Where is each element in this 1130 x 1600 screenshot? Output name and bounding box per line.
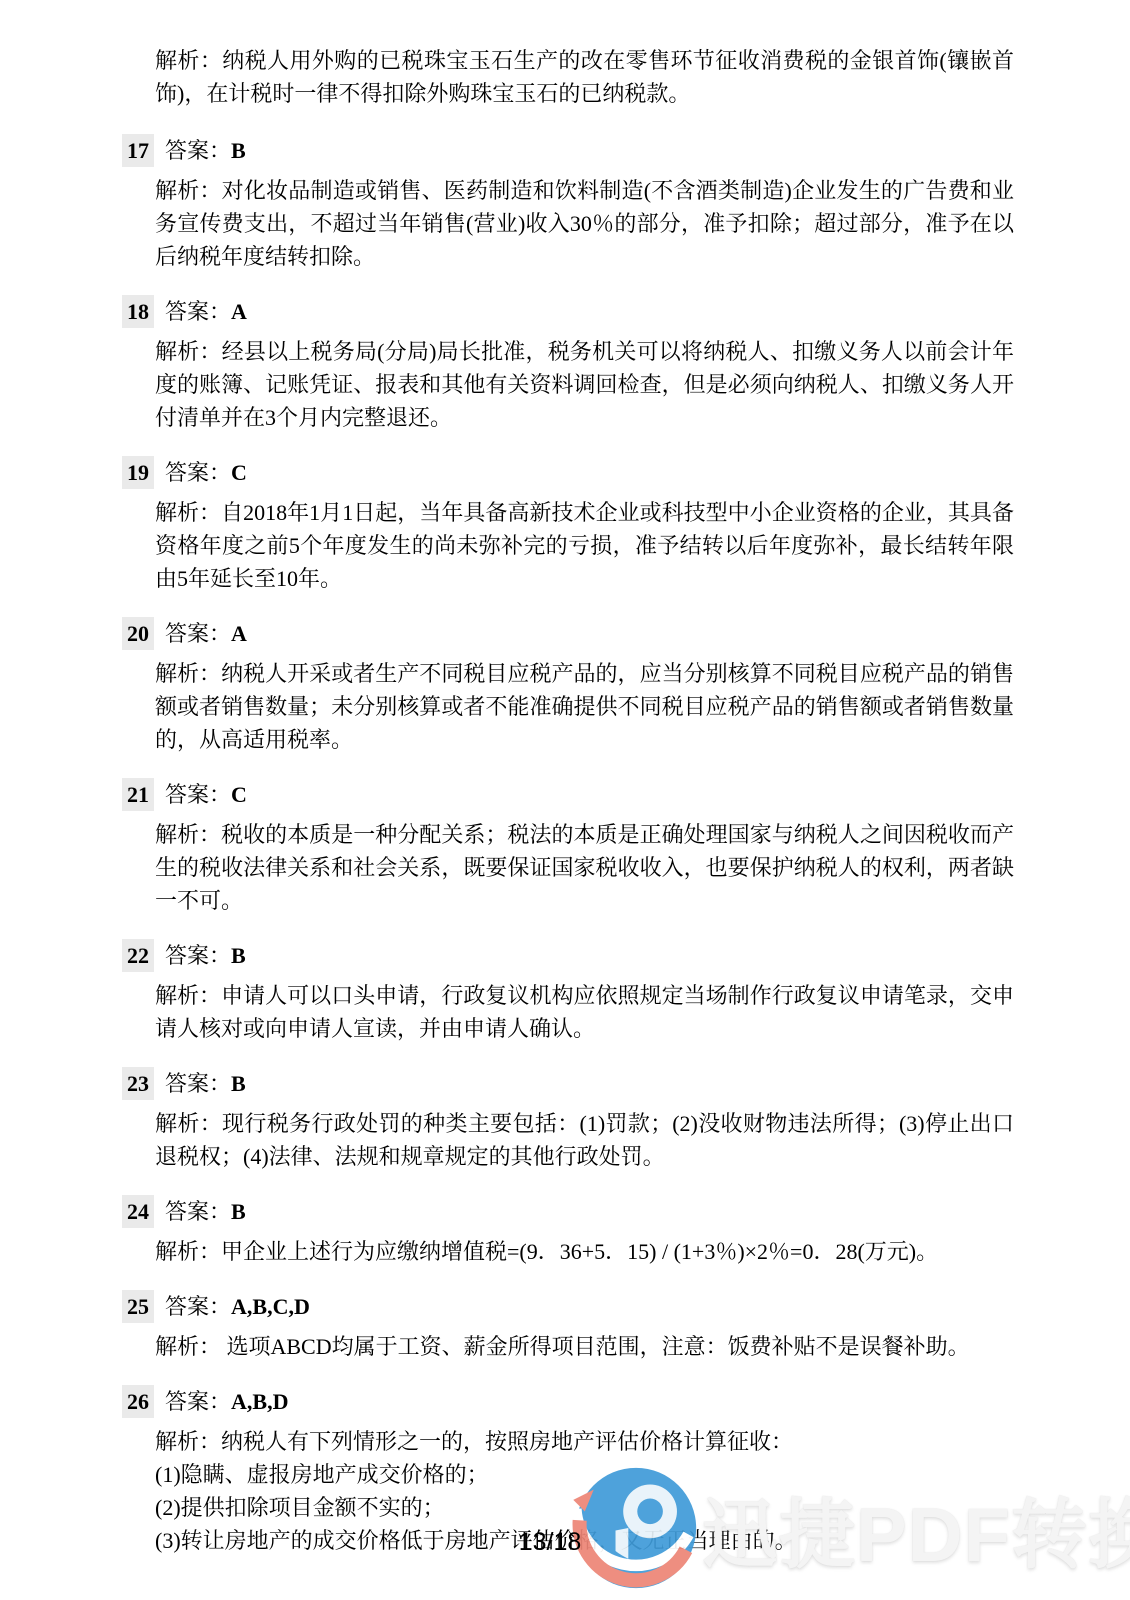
answer-value: A [231,299,247,324]
answer-value: B [231,1199,246,1224]
answer-row: 20答案：A [122,617,1014,650]
answer-row: 23答案：B [122,1067,1014,1100]
answer-row: 18答案：A [122,295,1014,328]
answer-item-25: 25答案：A,B,C,D 解析： 选项ABCD均属于工资、薪金所得项目范围，注意… [122,1290,1014,1363]
answer-row: 21答案：C [122,778,1014,811]
analysis-line: 解析：纳税人有下列情形之一的，按照房地产评估价格计算征收： [155,1425,1014,1458]
answer-value: C [231,782,247,807]
answer-item-18: 18答案：A 解析：经县以上税务局(分局)局长批准，税务机关可以将纳税人、扣缴义… [122,295,1014,434]
answer-value: A [231,621,247,646]
answer-value: A,B,D [231,1389,288,1414]
analysis-text: 解析：经县以上税务局(分局)局长批准，税务机关可以将纳税人、扣缴义务人以前会计年… [155,335,1014,434]
analysis-text: 解析：纳税人开采或者生产不同税目应税产品的，应当分别核算不同税目应税产品的销售额… [155,657,1014,756]
analysis-line: (2)提供扣除项目金额不实的； [155,1491,1014,1524]
answer-item-17: 17答案：B 解析：对化妆品制造或销售、医药制造和饮料制造(不含酒类制造)企业发… [122,134,1014,273]
analysis-text: 解析：申请人可以口头申请，行政复议机构应依照规定当场制作行政复议申请笔录，交申请… [155,979,1014,1045]
answer-item-19: 19答案：C 解析：自2018年1月1日起，当年具备高新技术企业或科技型中小企业… [122,456,1014,595]
answer-item-20: 20答案：A 解析：纳税人开采或者生产不同税目应税产品的，应当分别核算不同税目应… [122,617,1014,756]
answer-item-22: 22答案：B 解析：申请人可以口头申请，行政复议机构应依照规定当场制作行政复议申… [122,939,1014,1045]
answer-label: 答案： [165,138,231,163]
answer-item-23: 23答案：B 解析：现行税务行政处罚的种类主要包括：(1)罚款；(2)没收财物违… [122,1067,1014,1173]
answer-label: 答案： [165,782,231,807]
question-number: 25 [122,1290,154,1323]
answer-label: 答案： [165,1071,231,1096]
question-number: 26 [122,1385,154,1418]
answer-value: B [231,943,246,968]
analysis-text: 解析：对化妆品制造或销售、医药制造和饮料制造(不含酒类制造)企业发生的广告费和业… [155,174,1014,273]
answer-row: 17答案：B [122,134,1014,167]
answer-label: 答案： [165,460,231,485]
question-number: 19 [122,456,154,489]
question-number: 23 [122,1067,154,1100]
question-number: 21 [122,778,154,811]
answer-label: 答案： [165,1199,231,1224]
analysis-line: (1)隐瞒、虚报房地产成交价格的； [155,1458,1014,1491]
question-number: 20 [122,617,154,650]
document-page: 解析：纳税人用外购的已税珠宝玉石生产的改在零售环节征收消费税的金银首饰(镶嵌首饰… [0,0,1130,1600]
answer-label: 答案： [165,621,231,646]
analysis-text: 解析： 选项ABCD均属于工资、薪金所得项目范围，注意：饭费补贴不是误餐补助。 [155,1330,1014,1363]
answer-row: 25答案：A,B,C,D [122,1290,1014,1323]
page-number: 13/18 [0,1528,1100,1557]
question-number: 24 [122,1195,154,1228]
analysis-text: 解析：现行税务行政处罚的种类主要包括：(1)罚款；(2)没收财物违法所得；(3)… [155,1107,1014,1173]
intro-analysis-text: 解析：纳税人用外购的已税珠宝玉石生产的改在零售环节征收消费税的金银首饰(镶嵌首饰… [155,44,1014,110]
answer-value: C [231,460,247,485]
answer-label: 答案： [165,299,231,324]
analysis-text: 解析：甲企业上述行为应缴纳增值税=(9．36+5．15) / (1+3％)×2％… [155,1235,1014,1268]
answer-item-21: 21答案：C 解析：税收的本质是一种分配关系；税法的本质是正确处理国家与纳税人之… [122,778,1014,917]
answer-value: A,B,C,D [231,1294,310,1319]
question-number: 17 [122,134,154,167]
answer-value: B [231,1071,246,1096]
answer-value: B [231,138,246,163]
answer-label: 答案： [165,1389,231,1414]
analysis-text: 解析：税收的本质是一种分配关系；税法的本质是正确处理国家与纳税人之间因税收而产生… [155,818,1014,917]
answer-row: 24答案：B [122,1195,1014,1228]
answer-row: 26答案：A,B,D [122,1385,1014,1418]
answer-label: 答案： [165,1294,231,1319]
answer-item-24: 24答案：B 解析：甲企业上述行为应缴纳增值税=(9．36+5．15) / (1… [122,1195,1014,1268]
analysis-text: 解析：自2018年1月1日起，当年具备高新技术企业或科技型中小企业资格的企业，其… [155,496,1014,595]
page-content: 解析：纳税人用外购的已税珠宝玉石生产的改在零售环节征收消费税的金银首饰(镶嵌首饰… [122,44,1014,1579]
answer-label: 答案： [165,943,231,968]
question-number: 18 [122,295,154,328]
question-number: 22 [122,939,154,972]
answer-row: 22答案：B [122,939,1014,972]
answer-row: 19答案：C [122,456,1014,489]
